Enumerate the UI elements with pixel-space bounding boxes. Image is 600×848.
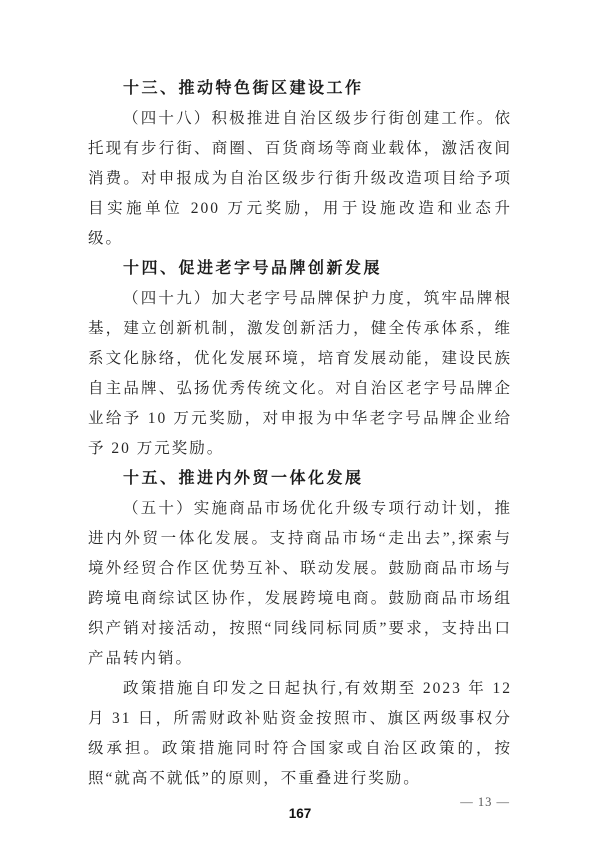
section-13: 十三、推动特色街区建设工作 （四十八）积极推进自治区级步行街创建工作。依托现有步…	[88, 74, 512, 254]
section-14-heading: 十四、促进老字号品牌创新发展	[88, 254, 512, 284]
stamped-page-number: 167	[0, 806, 600, 821]
document-page: 十三、推动特色街区建设工作 （四十八）积极推进自治区级步行街创建工作。依托现有步…	[0, 0, 600, 848]
section-15: 十五、推进内外贸一体化发展 （五十）实施商品市场优化升级专项行动计划，推进内外贸…	[88, 464, 512, 674]
section-15-heading: 十五、推进内外贸一体化发展	[88, 464, 512, 494]
section-15-paragraph-50: （五十）实施商品市场优化升级专项行动计划，推进内外贸一体化发展。支持商品市场“走…	[88, 494, 512, 674]
section-14: 十四、促进老字号品牌创新发展 （四十九）加大老字号品牌保护力度，筑牢品牌根基，建…	[88, 254, 512, 464]
section-13-heading: 十三、推动特色街区建设工作	[88, 74, 512, 104]
section-14-paragraph-49: （四十九）加大老字号品牌保护力度，筑牢品牌根基，建立创新机制，激发创新活力，健全…	[88, 284, 512, 464]
closing-paragraph: 政策措施自印发之日起执行,有效期至 2023 年 12 月 31 日，所需财政补…	[88, 674, 512, 794]
document-content: 十三、推动特色街区建设工作 （四十八）积极推进自治区级步行街创建工作。依托现有步…	[88, 74, 512, 794]
section-13-paragraph-48: （四十八）积极推进自治区级步行街创建工作。依托现有步行街、商圈、百货商场等商业载…	[88, 104, 512, 254]
